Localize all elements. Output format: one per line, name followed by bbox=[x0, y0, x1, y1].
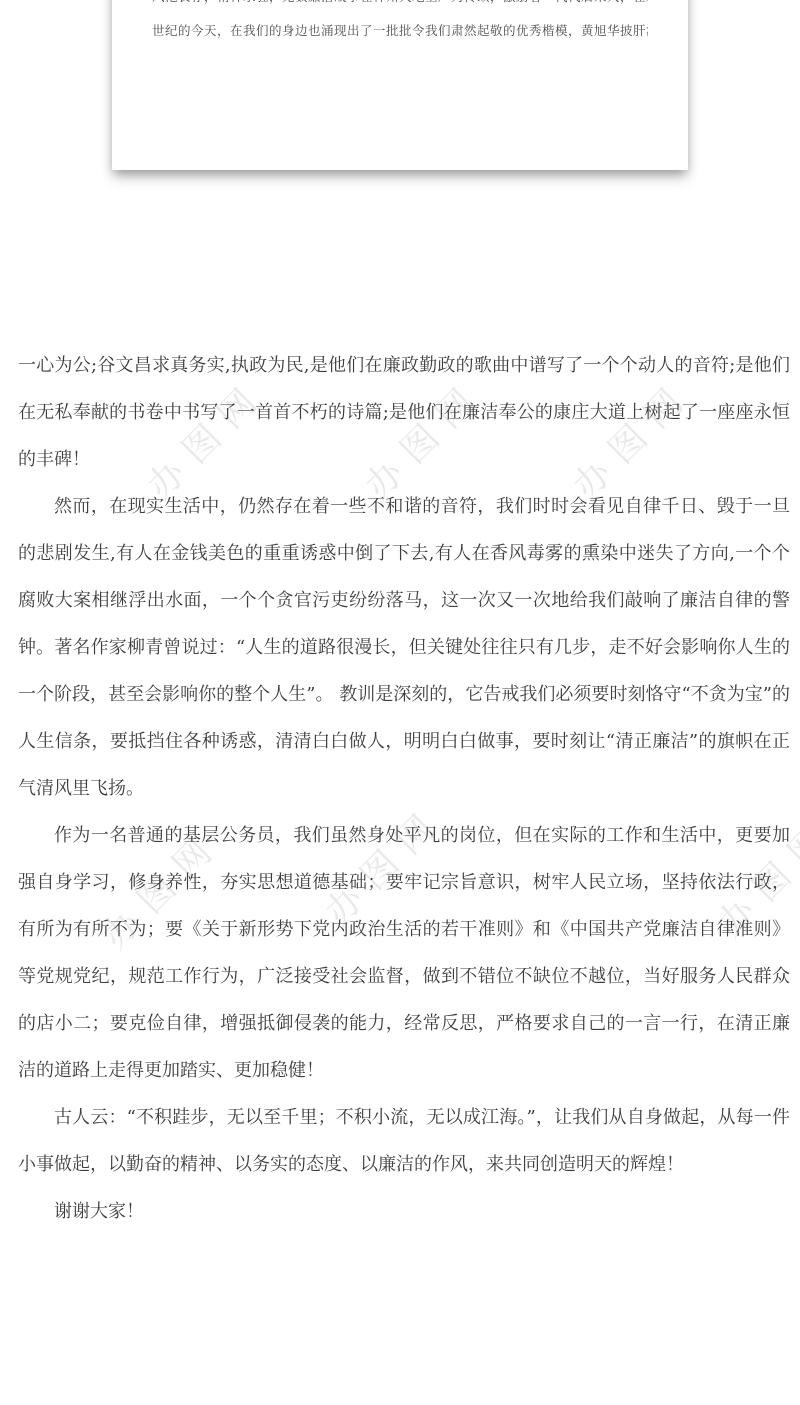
document-body: 一心为公;谷文昌求真务实,执政为民,是他们在廉政勤政的歌曲中谱写了一个个动人的音… bbox=[0, 342, 800, 1235]
document-paragraph: 作为一名普通的基层公务员，我们虽然身处平凡的岗位，但在实际的工作和生活中，更要加… bbox=[18, 812, 790, 1094]
document-paragraph: 谢谢大家！ bbox=[18, 1188, 790, 1235]
document-paragraph: 一心为公;谷文昌求真务实,执政为民,是他们在廉政勤政的歌曲中谱写了一个个动人的音… bbox=[18, 342, 790, 483]
document-page-preview: 风范长存，精神永驻，无数廉洁故事在神州大地上广为传颂，激励着一代代后来人，在新 … bbox=[112, 0, 688, 170]
page-canvas: 办图网办图网办图网办图网办图网办图网 风范长存，精神永驻，无数廉洁故事在神州大地… bbox=[0, 0, 800, 1405]
document-paragraph: 然而，在现实生活中，仍然存在着一些不和谐的音符，我们时时会看见自律千日、毁于一旦… bbox=[18, 483, 790, 812]
page-preview-line-clipped: 风范长存，精神永驻，无数廉洁故事在神州大地上广为传颂，激励着一代代后来人，在新 bbox=[152, 0, 648, 14]
page-preview-line: 世纪的今天，在我们的身边也涌现出了一批批令我们肃然起敬的优秀楷模，黄旭华披肝沥血… bbox=[152, 14, 648, 48]
document-paragraph: 古人云：“不积跬步，无以至千里；不积小流，无以成江海。”，让我们从自身做起，从每… bbox=[18, 1094, 790, 1188]
